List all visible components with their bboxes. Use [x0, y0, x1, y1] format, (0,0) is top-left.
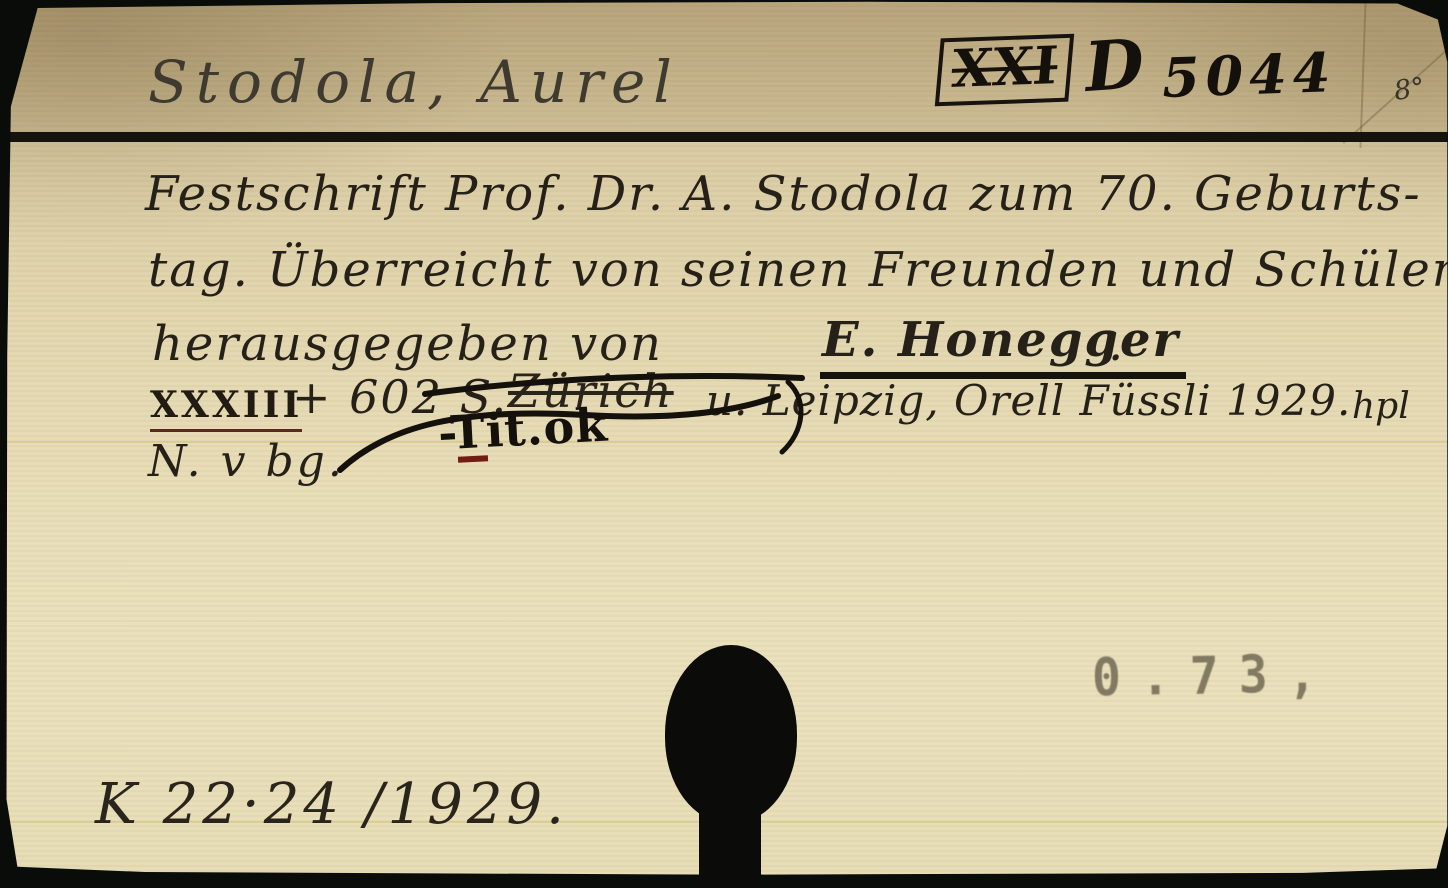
- imprint: u. Leipzig, Orell Füssli 1929.: [706, 376, 1351, 425]
- title-line-2: tag. Überreicht von seinen Freunden und …: [148, 242, 1448, 298]
- author-heading: Stodola, Aurel: [148, 48, 680, 116]
- librarian-note: N. v bg.: [148, 436, 345, 487]
- collation-pages-roman: XXXIII: [150, 384, 302, 432]
- title-line-1: Festschrift Prof. Dr. A. Stodola zum 70.…: [145, 166, 1422, 222]
- paper-crease: [1359, 2, 1366, 148]
- call-number-series: XXI: [935, 34, 1074, 107]
- separator-rule: [0, 132, 1448, 142]
- call-number: XXI D 5044: [938, 36, 1336, 105]
- editor-name-underlined: E. Honegger: [820, 312, 1186, 379]
- call-number-class: D: [1083, 34, 1146, 99]
- red-underline-mark: [458, 455, 488, 463]
- accession-number: K 22·24 /1929.: [95, 772, 568, 837]
- price-stamp: 0.73,: [1092, 643, 1337, 708]
- call-number-digits: 5044: [1161, 43, 1337, 108]
- editor-period: .: [1108, 316, 1123, 372]
- format-note: 8°: [1392, 72, 1427, 107]
- punch-hole-slot: [699, 795, 761, 888]
- tit-ok-annotation: -Tit.ok: [437, 398, 610, 461]
- binding-note: hpl: [1352, 386, 1410, 427]
